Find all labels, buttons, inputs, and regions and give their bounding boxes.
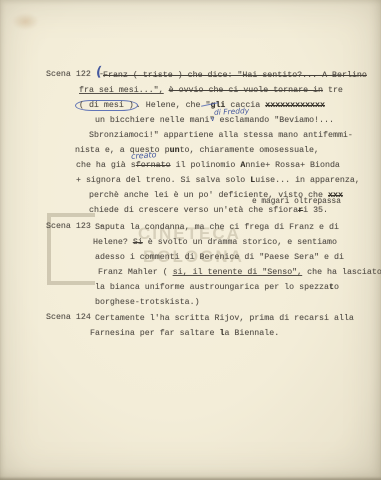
typed-segment-struck: è ovvio che ci vuole tornare in <box>169 86 323 95</box>
text-line: Franz ( triste ) che dice: "Hai sentito?… <box>103 70 367 81</box>
typed-segment: Sbronziamoci!" appartiene alla stessa ma… <box>89 131 353 140</box>
typed-segment: borghese-trotskista.) <box>95 298 200 307</box>
typed-segment-struck: fornato <box>136 161 171 170</box>
handwritten-paren: ( <box>95 65 102 81</box>
typed-segment: i 35. <box>303 206 328 215</box>
typed-segment: nnie+ Rossa+ Bionda <box>245 161 340 170</box>
typed-segment: to, chiaramente omosessuale, <box>180 146 319 155</box>
text-line: nista e, a questo punto, chiaramente omo… <box>75 145 319 156</box>
text-line: che ha già sfornato il polinomio Annie+ … <box>76 160 340 171</box>
typed-segment: Saputa la condanna, ma che ci frega di F… <box>95 223 339 232</box>
text-line: Helene? Si è svolto un dramma storico, e… <box>93 237 337 248</box>
text-line: adesso i commenti di Berenice di "Paese … <box>95 252 344 263</box>
text-line: la bianca uniforme austroungarica per lo… <box>95 282 339 293</box>
handwritten-note-creato: creato <box>131 150 157 161</box>
text-line: Franz Mahler ( si, il tenente di "Senso"… <box>98 267 381 278</box>
typed-segment: chiede di crescere verso un'età che sfio… <box>89 206 298 215</box>
typed-segment: è svolto un dramma storico, e sentiamo <box>143 238 337 247</box>
document-page: CINETECA BOLOGNA Scena 122 - Franz ( tri… <box>0 0 381 480</box>
typed-segment: Certamente l'ha scritta Rijov, prima di … <box>95 314 354 323</box>
typed-segment-xed-out: xxxxxxxxxxxx <box>265 101 325 110</box>
typed-segment: uise... in apparenza, <box>255 176 360 185</box>
text-line: Farnesina per far saltare la Biennale. <box>90 328 279 339</box>
typed-segment: tre <box>323 86 343 95</box>
text-line: chiede di crescere verso un'età che sfio… <box>89 205 328 216</box>
text-line: Saputa la condanna, ma che ci frega di F… <box>95 222 339 233</box>
typed-segment: Farnesina per far saltare <box>90 329 219 338</box>
typed-segment-struck: Si <box>133 238 143 247</box>
paper-stain <box>12 13 39 30</box>
typed-segment: esclamando "Beviamo!... <box>215 116 335 125</box>
text-line: Certamente l'ha scritta Rijov, prima di … <box>95 313 354 324</box>
typed-segment-underlined: si, il tenente di "Senso", <box>173 268 302 277</box>
typed-segment-underlined: fra sei mesi...", <box>79 86 164 95</box>
typed-segment: o <box>334 283 339 292</box>
typed-segment-struck: Franz ( triste ) che dice: "Hai sentito?… <box>103 71 367 80</box>
handwritten-note-freddy: di Freddy <box>214 106 250 117</box>
scene-122-label: Scena 122 <box>46 70 91 79</box>
typed-segment: Franz Mahler ( <box>98 268 173 277</box>
typed-segment: . Helene, che " <box>136 101 211 110</box>
typed-segment: il polinomio <box>171 161 241 170</box>
typed-segment: la bianca uniforme austroungarica per lo… <box>95 283 329 292</box>
typed-segment: + signora del treno. Si salva solo <box>76 176 250 185</box>
typed-segment-circled: ( di mesi ) <box>75 100 138 111</box>
typed-segment: che ha lasciato <box>302 268 381 277</box>
text-line: borghese-trotskista.) <box>95 297 200 308</box>
typed-segment: adesso i commenti di Berenice di "Paese … <box>95 253 344 262</box>
typed-segment: Helene? <box>93 238 133 247</box>
text-line: Sbronziamoci!" appartiene alla stessa ma… <box>89 130 353 141</box>
text-line: + signora del treno. Si salva solo Luise… <box>76 175 360 186</box>
typed-segment: un bicchiere nelle mani" <box>95 116 215 125</box>
text-line: fra sei mesi...", è ovvio che ci vuole t… <box>79 85 343 96</box>
typed-segment: che ha già s <box>76 161 136 170</box>
typed-segment: a Biennale. <box>224 329 279 338</box>
typed-segment-overtyped: un <box>170 146 180 155</box>
scene-124-label: Scena 124 <box>46 313 91 322</box>
scene-123-label: Scena 123 <box>46 222 91 231</box>
